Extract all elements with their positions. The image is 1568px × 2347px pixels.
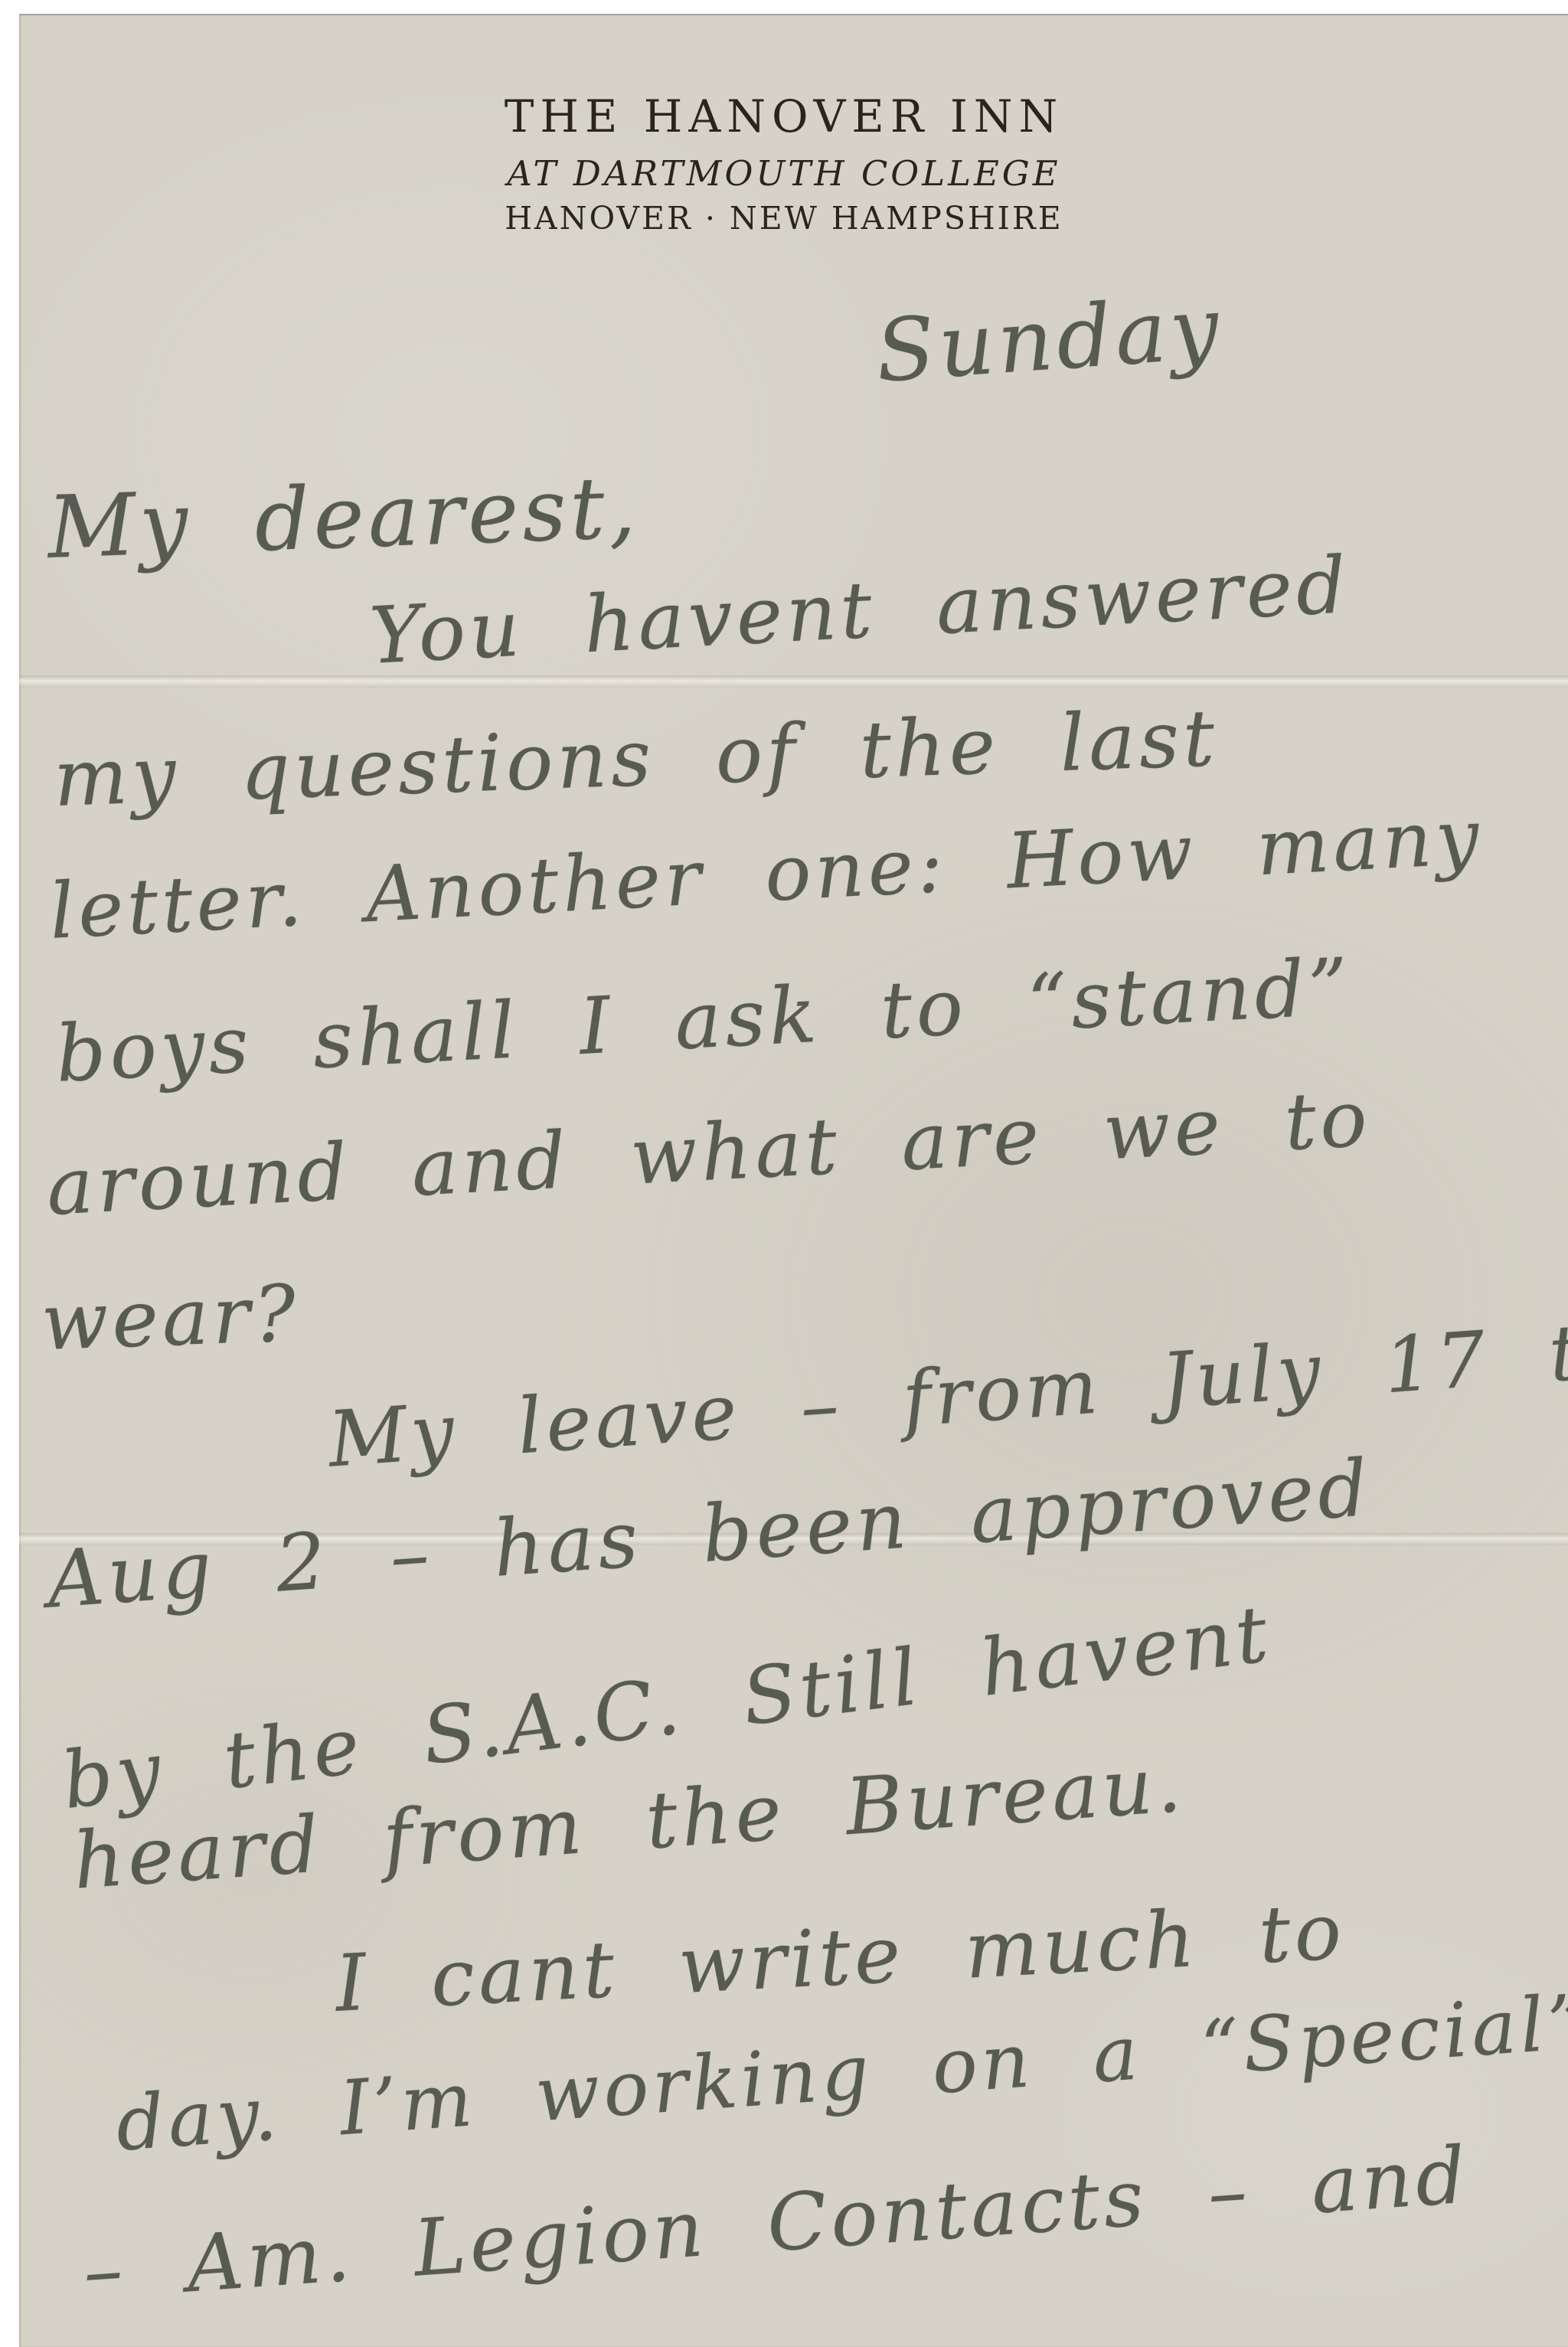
fold-crease-top <box>19 675 1568 688</box>
inn-location: HANOVER · NEW HAMPSHIRE <box>0 200 1568 237</box>
inn-name: THE HANOVER INN <box>0 90 1568 142</box>
letterhead: THE HANOVER INN AT DARTMOUTH COLLEGE HAN… <box>0 90 1568 237</box>
salutation: My dearest, <box>46 458 641 578</box>
handwritten-line: wear? <box>40 1268 301 1368</box>
scanned-letter: THE HANOVER INN AT DARTMOUTH COLLEGE HAN… <box>0 0 1568 2347</box>
inn-subtitle: AT DARTMOUTH COLLEGE <box>0 153 1568 194</box>
